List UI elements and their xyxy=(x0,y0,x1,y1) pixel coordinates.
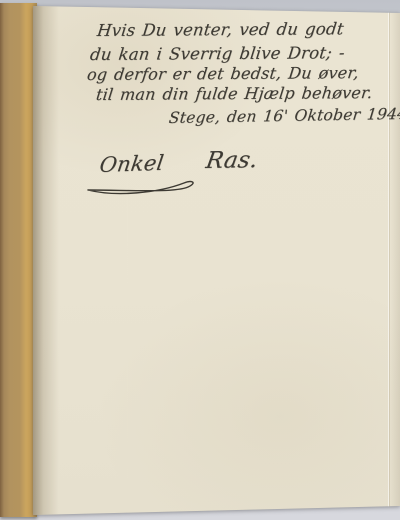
signature-underline-flourish xyxy=(86,176,202,200)
signature-second: Ras. xyxy=(204,147,260,174)
gutter-shadow xyxy=(33,0,59,520)
inscription-line-1: Hvis Du venter, ved du godt xyxy=(96,19,345,40)
page-wrap: Hvis Du venter, ved du godt du kan i Sve… xyxy=(0,0,400,520)
page-fold-line xyxy=(388,10,389,518)
endpaper-page: Hvis Du venter, ved du godt du kan i Sve… xyxy=(0,0,400,520)
inscription-line-3: og derfor er det bedst, Du øver, xyxy=(86,63,360,84)
inscription-line-4: til man din fulde Hjælp behøver. xyxy=(95,83,374,104)
signature-first: Onkel xyxy=(98,151,165,177)
page-right-shade xyxy=(390,10,400,518)
inscription-dateline: Stege, den 16' Oktober 1944 xyxy=(168,105,400,127)
book-photo: Hvis Du venter, ved du godt du kan i Sve… xyxy=(0,0,400,520)
inscription-line-2: du kan i Sverrig blive Drot; - xyxy=(89,43,346,64)
